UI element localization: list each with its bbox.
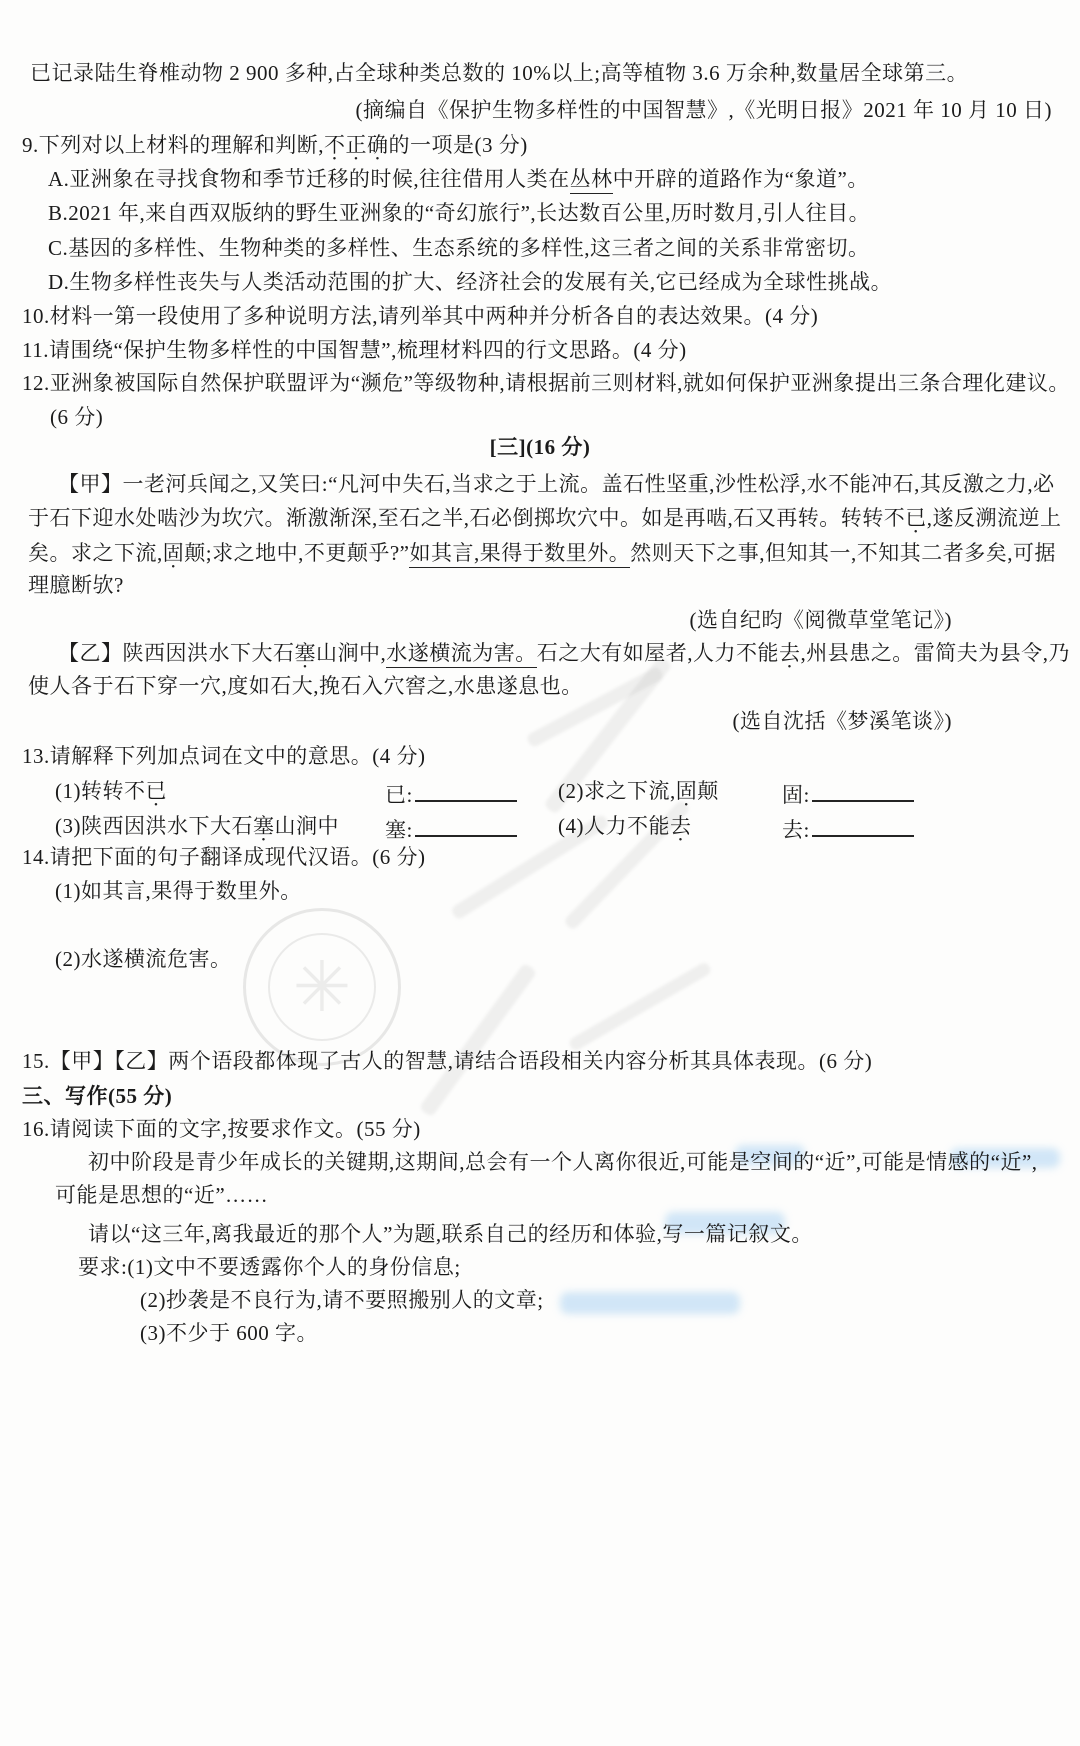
q14-sentence-1: (1)如其言,果得于数里外。 <box>55 878 302 904</box>
question-16: 16.请阅读下面的文字,按要求作文。(55 分) <box>22 1116 421 1142</box>
emphasis-char: 正 <box>346 132 368 158</box>
question-14: 14.请把下面的句子翻译成现代汉语。(6 分) <box>22 844 426 870</box>
watermark-seal-star-icon: ✳ <box>246 911 398 1063</box>
question-13: 13.请解释下列加点词在文中的意思。(4 分) <box>22 743 426 769</box>
question-12: 12.亚洲象被国际自然保护联盟评为“濒危”等级物种,请根据前三则材料,就如何保护… <box>22 370 1070 396</box>
q13-item-3-text: (3)陕西因洪水下大石 <box>55 814 253 838</box>
emphasis-char: 不 <box>324 132 346 158</box>
emphasis-char: 固 <box>163 540 185 566</box>
passage-text: ,州县患之。雷简夫为县令,乃 <box>801 641 1071 665</box>
q13-item-4: (4)人力不能去 <box>558 813 692 839</box>
emphasis-char: 塞 <box>295 640 317 666</box>
passage-text: 于石下迎水处啮沙为坎穴。渐激渐深,至石之半,石必倒掷坎穴中。如是再啮,石又再转。… <box>28 506 905 530</box>
passage-text: 石之大有如屋者,人力不能 <box>537 641 779 665</box>
q13-item-1: (1)转转不已 <box>55 778 167 804</box>
exam-paper-page: ✳ 已记录陆生脊椎动物 2 900 多种,占全球种类总数的 10%以上;高等植物… <box>0 0 1080 1746</box>
q13-answer-3-label: 塞: <box>385 818 413 842</box>
emphasis-char: 去 <box>779 640 801 666</box>
underlined-sentence: 如其言,果得于数里外。 <box>409 541 630 568</box>
question-9-points: 的一项是(3 分) <box>389 133 528 157</box>
option-a-text-end: 中开辟的道路作为“象道”。 <box>613 167 869 191</box>
passage-yi-source: (选自沈括《梦溪笔谈》) <box>733 708 953 734</box>
section-writing-header: 三、写作(55 分) <box>22 1083 172 1109</box>
emphasis-char: 去 <box>670 813 692 839</box>
watermark-stroke <box>419 962 538 1117</box>
answer-blank <box>812 813 914 837</box>
q16-title-instruction: 请以“这三年,离我最近的那个人”为题,联系自己的经历和体验,写一篇记叙文。 <box>88 1221 813 1247</box>
q13-item-3: (3)陕西因洪水下大石塞山涧中 <box>55 813 339 839</box>
emphasis-char: 已 <box>905 505 927 531</box>
option-b: B.2021 年,来自西双版纳的野生亚洲象的“奇幻旅行”,长达数百公里,历时数月… <box>48 200 870 226</box>
q16-requirement-1: 要求:(1)文中不要透露你个人的身份信息; <box>78 1254 461 1280</box>
q13-item-4-text: (4)人力不能 <box>558 814 670 838</box>
passage-jia-line2: 于石下迎水处啮沙为坎穴。渐激渐深,至石之半,石必倒掷坎穴中。如是再啮,石又再转。… <box>28 505 1062 531</box>
passage-text: 山涧中, <box>316 641 386 665</box>
passage-text: 【乙】陕西因洪水下大石 <box>58 641 295 665</box>
answer-blank <box>415 778 517 802</box>
passage-jia-source: (选自纪昀《阅微草堂笔记》) <box>690 607 953 633</box>
watermark-stroke <box>567 961 712 1052</box>
q16-prompt-line2: 可能是思想的“近”…… <box>55 1182 268 1208</box>
passage-yi-line1: 【乙】陕西因洪水下大石塞山涧中,水遂横流为害。石之大有如屋者,人力不能去,州县患… <box>58 640 1070 666</box>
underlined-sentence: 水遂横流为害。 <box>386 641 537 668</box>
q13-answer-2: 固: <box>782 778 914 808</box>
watermark-blue-patch <box>560 1292 740 1314</box>
material-source-citation: (摘编自《保护生物多样性的中国智慧》,《光明日报》2021 年 10 月 10 … <box>356 97 1052 123</box>
question-9-text: 9.下列对以上材料的理解和判断, <box>22 133 324 157</box>
q13-item-2: (2)求之下流,固颠 <box>558 778 719 804</box>
q13-item-2-text: (2)求之下流, <box>558 779 676 803</box>
answer-blank <box>812 778 914 802</box>
question-9: 9.下列对以上材料的理解和判断,不正确的一项是(3 分) <box>22 132 528 158</box>
q13-answer-2-label: 固: <box>782 783 810 807</box>
question-11: 11.请围绕“保护生物多样性的中国智慧”,梳理材料四的行文思路。(4 分) <box>22 337 687 363</box>
passage-jia-line3: 矣。求之下流,固颠;求之地中,不更颠乎?”如其言,果得于数里外。然则天下之事,但… <box>28 540 1056 566</box>
option-d: D.生物多样性丧失与人类活动范围的扩大、经济社会的发展有关,它已经成为全球性挑战… <box>48 269 892 295</box>
underlined-word: 丛林 <box>570 167 613 194</box>
answer-blank <box>415 813 517 837</box>
passage-text: 然则天下之事,但知其一,不知其二者多矣,可据 <box>630 541 1056 565</box>
emphasis-char: 塞 <box>253 813 275 839</box>
q13-answer-4: 去: <box>782 813 914 843</box>
q16-requirement-3: (3)不少于 600 字。 <box>140 1320 318 1346</box>
option-a: A.亚洲象在寻找食物和季节迁移的时候,往往借用人类在丛林中开辟的道路作为“象道”… <box>48 166 869 192</box>
q13-item-1-text: (1)转转不 <box>55 779 146 803</box>
option-a-text: A.亚洲象在寻找食物和季节迁移的时候,往往借用人类在 <box>48 167 570 191</box>
watermark-seal: ✳ <box>243 908 401 1066</box>
passage-text: ,遂反溯流逆上 <box>927 506 1062 530</box>
question-12-points: (6 分) <box>50 404 103 430</box>
section-three-header: [三](16 分) <box>0 434 1080 460</box>
passage-text: 颠;求之地中,不更颠乎?” <box>184 541 409 565</box>
emphasis-char: 已 <box>146 778 168 804</box>
emphasis-char: 确 <box>367 132 389 158</box>
q16-prompt-line1: 初中阶段是青少年成长的关键期,这期间,总会有一个人离你很近,可能是空间的“近”,… <box>88 1149 1038 1175</box>
passage-jia-line1: 【甲】一老河兵闻之,又笑曰:“凡河中失石,当求之于上流。盖石性坚重,沙性松浮,水… <box>58 471 1055 497</box>
q13-answer-1-label: 已: <box>385 783 413 807</box>
q13-answer-1: 已: <box>385 778 517 808</box>
passage-jia-line4: 理臆断欤? <box>28 572 124 598</box>
question-10: 10.材料一第一段使用了多种说明方法,请列举其中两种并分析各自的表达效果。(4 … <box>22 303 818 329</box>
passage-yi-line2: 使人各于石下穿一穴,度如石大,挽石入穴窖之,水患遂息也。 <box>28 673 583 699</box>
q13-item-2-text-end: 颠 <box>697 779 719 803</box>
emphasis-char: 固 <box>676 778 698 804</box>
q14-sentence-2: (2)水遂横流危害。 <box>55 946 232 972</box>
q13-item-3-text-end: 山涧中 <box>275 814 340 838</box>
q13-answer-4-label: 去: <box>782 818 810 842</box>
q16-requirement-2: (2)抄袭是不良行为,请不要照搬别人的文章; <box>140 1287 544 1313</box>
passage-text: 矣。求之下流, <box>28 541 163 565</box>
q13-answer-3: 塞: <box>385 813 517 843</box>
option-c: C.基因的多样性、生物种类的多样性、生态系统的多样性,这三者之间的关系非常密切。 <box>48 235 870 261</box>
material-intro-line: 已记录陆生脊椎动物 2 900 多种,占全球种类总数的 10%以上;高等植物 3… <box>30 60 968 86</box>
question-15: 15.【甲】【乙】两个语段都体现了古人的智慧,请结合语段相关内容分析其具体表现。… <box>22 1048 872 1074</box>
